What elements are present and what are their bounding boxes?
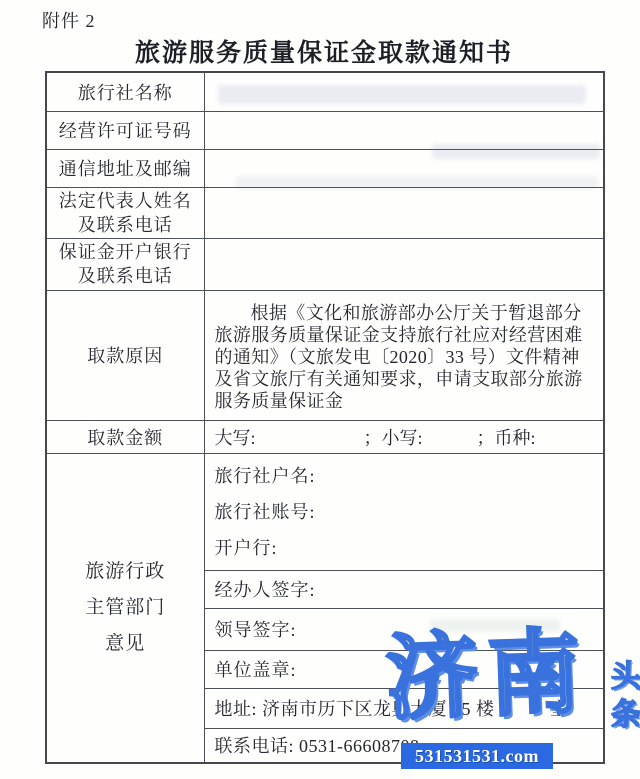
mailing-address-value bbox=[204, 149, 604, 187]
withdrawal-amount-label: 取款金额 bbox=[46, 420, 204, 453]
row-withdrawal-amount: 取款金额 大写: ；小写: ；币种: bbox=[46, 420, 604, 453]
withdrawal-reason-label: 取款原因 bbox=[46, 290, 204, 420]
watermark-site-banner: 531531531.com bbox=[401, 743, 553, 769]
attachment-label: 附件 2 bbox=[42, 7, 96, 33]
scanned-document-page: 附件 2 旅游服务质量保证金取款通知书 旅行社名称 经营许可证号码 通信地址及邮… bbox=[0, 0, 640, 779]
deposit-bank-label: 保证金开户银行 及联系电话 bbox=[46, 238, 204, 290]
row-legal-representative: 法定代表人姓名 及联系电话 bbox=[46, 187, 604, 238]
deposit-bank-label-line2: 及联系电话 bbox=[47, 264, 204, 288]
authority-opinion-label: 旅游行政 主管部门 意见 bbox=[46, 453, 204, 763]
agency-account-name-line: 旅行社户名: bbox=[215, 458, 604, 494]
withdrawal-amount-value: 大写: ；小写: ；币种: bbox=[204, 420, 604, 453]
row-agency-name: 旅行社名称 bbox=[46, 72, 604, 111]
row-authority-opinion: 旅游行政 主管部门 意见 旅行社户名: 旅行社账号: 开户行: bbox=[46, 453, 604, 570]
bank-account-cell: 旅行社户名: 旅行社账号: 开户行: bbox=[204, 453, 604, 570]
page-title: 旅游服务质量保证金取款通知书 bbox=[45, 33, 603, 69]
authority-opinion-label-line3: 意见 bbox=[47, 626, 204, 662]
handler-signature-line: 经办人签字: bbox=[204, 570, 604, 608]
row-withdrawal-reason: 取款原因 根据《文化和旅游部办公厅关于暂退部分旅游服务质量保证金支持旅行社应对经… bbox=[46, 290, 604, 420]
license-number-label: 经营许可证号码 bbox=[46, 111, 204, 149]
withdrawal-reason-text: 根据《文化和旅游部办公厅关于暂退部分旅游服务质量保证金支持旅行社应对经营困难的通… bbox=[215, 302, 596, 412]
row-mailing-address: 通信地址及邮编 bbox=[46, 149, 604, 187]
legal-representative-value bbox=[204, 187, 604, 238]
agency-name-value bbox=[204, 72, 604, 111]
legal-representative-label-line1: 法定代表人姓名 bbox=[47, 189, 204, 213]
agency-account-number-line: 旅行社账号: bbox=[215, 494, 604, 530]
jinan-watermark-text: 济南 bbox=[384, 626, 591, 725]
withdrawal-reason-value: 根据《文化和旅游部办公厅关于暂退部分旅游服务质量保证金支持旅行社应对经营困难的通… bbox=[204, 290, 604, 420]
license-number-value bbox=[204, 111, 604, 149]
deposit-bank-label-line1: 保证金开户银行 bbox=[47, 240, 204, 264]
mailing-address-label: 通信地址及邮编 bbox=[46, 149, 204, 187]
row-deposit-bank: 保证金开户银行 及联系电话 bbox=[46, 238, 604, 290]
opening-bank-line: 开户行: bbox=[215, 530, 604, 566]
legal-representative-label-line2: 及联系电话 bbox=[47, 213, 204, 237]
deposit-bank-value bbox=[204, 238, 604, 290]
row-license-number: 经营许可证号码 bbox=[46, 111, 604, 149]
amount-blanks-line: 大写: ；小写: ；币种: bbox=[215, 428, 536, 448]
toutiao-watermark-text: 头条 bbox=[600, 660, 640, 736]
authority-opinion-label-line2: 主管部门 bbox=[47, 590, 204, 626]
legal-representative-label: 法定代表人姓名 及联系电话 bbox=[46, 187, 204, 238]
authority-opinion-label-line1: 旅游行政 bbox=[47, 554, 204, 590]
agency-name-label: 旅行社名称 bbox=[46, 72, 204, 111]
